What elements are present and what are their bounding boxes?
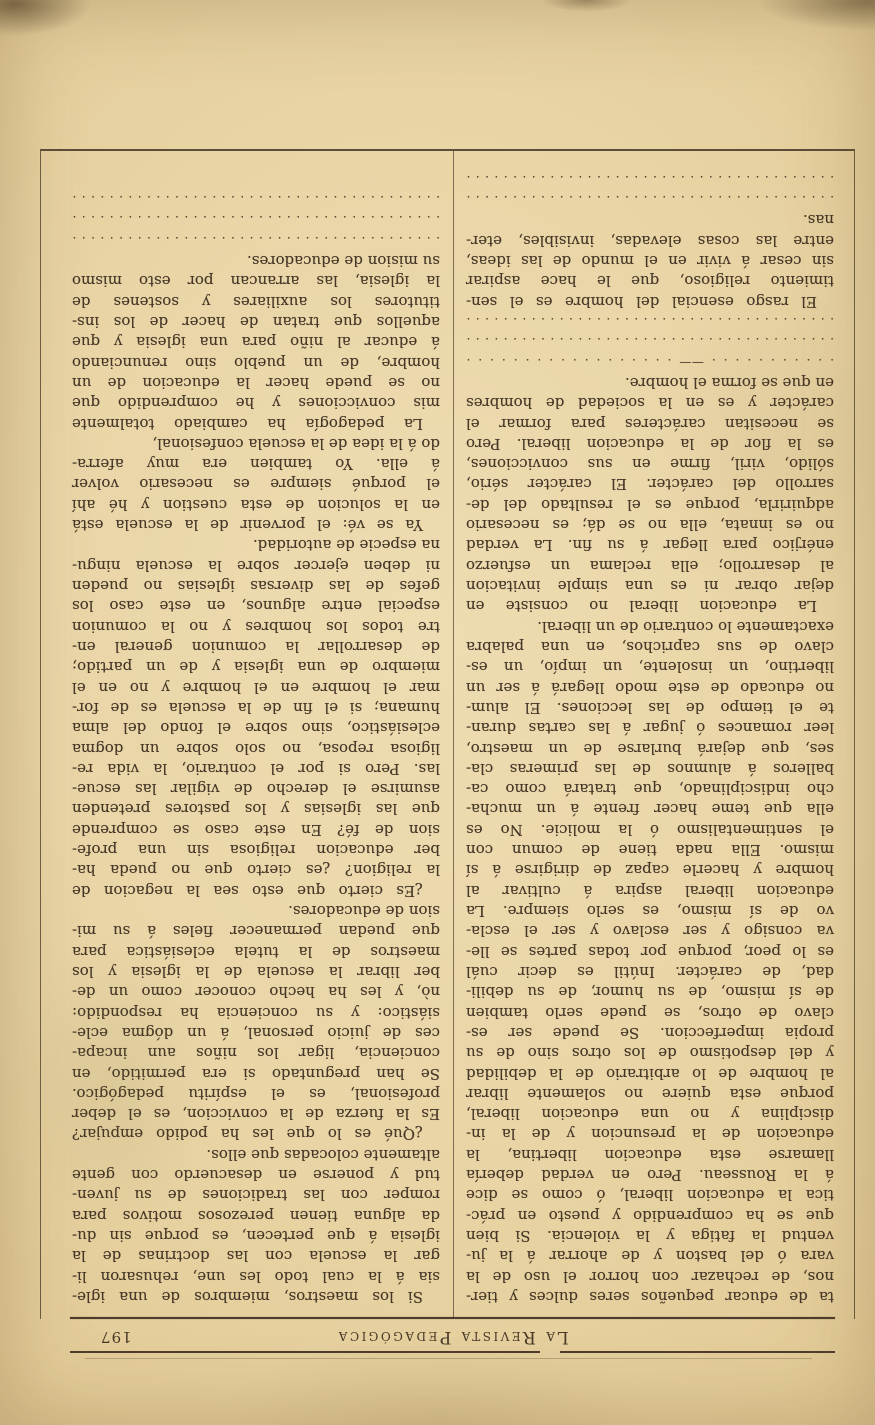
text-line: no es innata, ella no se dá; es necesari… bbox=[466, 515, 834, 535]
text-line: na especie de autoridad. bbox=[72, 535, 440, 555]
ellipsis-row: . . . . . . . . . . . . . . . . . . . . … bbox=[466, 190, 834, 210]
text-line: humana; si el fin de la escuela es de fo… bbox=[72, 698, 440, 718]
ellipsis-row: . . . . . . . . . . . . . . . . . . . . … bbox=[72, 210, 440, 230]
text-line: te el tiempo de las lecciones. El alum- bbox=[466, 698, 834, 718]
column-divider-rule bbox=[453, 151, 454, 1319]
text-line: ¿Es cierto que esto sea la negacion de bbox=[72, 880, 440, 900]
text-line: ber educacion religiosa sin una profe- bbox=[72, 840, 440, 860]
text-line: Ya se vé: el porvenir de la escuela está bbox=[72, 515, 440, 535]
text-line: las. Pero si por el contrario, la vida r… bbox=[72, 759, 440, 779]
text-line: timiento religioso, que le hace aspirar bbox=[466, 271, 834, 291]
text-line: ¿Qué es lo que les ha podido empujar? bbox=[72, 1124, 440, 1144]
text-line: mar el hombre en el hombre y no en el bbox=[72, 677, 440, 697]
text-line: enérjico para llegar á su fin. La verdad bbox=[466, 535, 834, 555]
text-line: siástico: y su conciencia ha respondido: bbox=[72, 1002, 440, 1022]
text-line: miembro de una iglesia y de un partido; bbox=[72, 657, 440, 677]
text-line: llamarse esta educacion libertina, la bbox=[466, 1145, 834, 1165]
text-line: á ella. Yo tambien era muy aferra- bbox=[72, 454, 440, 474]
text-line: ber librar la escuela de la iglesia y lo… bbox=[72, 962, 440, 982]
text-line: entre las cosas elevadas, invisibles, et… bbox=[466, 230, 834, 250]
ellipsis-row: . . . . . . . . . . . . . . . . . . . . … bbox=[72, 190, 440, 210]
text-line: da alguna tienen perezosos motivos para bbox=[72, 1205, 440, 1225]
text-line: titutores los auxiliares y sostenes de bbox=[72, 291, 440, 311]
text-line: Si los maestros, miembros de una igle- bbox=[72, 1287, 440, 1307]
text-line: de sí mismo, de su humor, de su debili- bbox=[466, 982, 834, 1002]
text-line: El rasgo esencial del hombre es el sen- bbox=[466, 291, 834, 311]
text-line: sion de educadores. bbox=[72, 901, 440, 921]
text-line: romper con las tradiciones de su juven- bbox=[72, 1185, 440, 1205]
text-line: educacion liberal aspira á cultivar al bbox=[466, 880, 834, 900]
text-line: dad, de carácter. Inútil es decir cuál bbox=[466, 962, 834, 982]
ellipsis-row: . . . . . . . . . . . . . . . . . . . . … bbox=[466, 170, 834, 190]
text-line: ligiosa reposa, no solo sobre un dogma bbox=[72, 738, 440, 758]
text-line: vara ó del baston y de ahorrar á la ju- bbox=[466, 1246, 834, 1266]
text-line: hombre, de un pueblo sino renunciando bbox=[72, 352, 440, 372]
text-line: especial entre algunos, en este caso los bbox=[72, 596, 440, 616]
text-line: á la Rousseau. Pero en verdad debería bbox=[466, 1165, 834, 1185]
text-block-frame: ta de educar pequeños seres dulces y tie… bbox=[40, 149, 855, 1319]
text-line: conciencia, ligar los niños aun incapa- bbox=[72, 1043, 440, 1063]
text-line: el porqué siempre es necesario volver bbox=[72, 474, 440, 494]
text-line: es la flor de la educacion liberal. Pero bbox=[466, 434, 834, 454]
text-line: al hombre de lo arbitrario de la debilid… bbox=[466, 1063, 834, 1083]
text-line: nos, de rechazar con horror el uso de la bbox=[466, 1266, 834, 1286]
journal-title: La Revista Pedagógica bbox=[70, 1327, 835, 1347]
text-line: á educar al niño para una iglesia y que bbox=[72, 332, 440, 352]
text-line: no se puede hacer la educacion de un bbox=[72, 373, 440, 393]
text-line: carácter y es en la sociedad de hombres bbox=[466, 393, 834, 413]
text-line: nò, y les ha hecho conocer como un de- bbox=[72, 982, 440, 1002]
header-hairline-rule bbox=[85, 1358, 812, 1359]
text-line: adquirirla, porque es el resultado del d… bbox=[466, 495, 834, 515]
text-line: tre todos los hombres y no la comunion bbox=[72, 616, 440, 636]
text-line: balleros á alumnos de las primeras cla- bbox=[466, 759, 834, 779]
text-line: al desarrollo; ella reclama un esfuerzo bbox=[466, 555, 834, 575]
text-line: de desarrollar la comunion general en- bbox=[72, 637, 440, 657]
text-line: clavo de otros, se puede serlo tambien bbox=[466, 1002, 834, 1022]
text-line: disciplina y no una educacion liberal, bbox=[466, 1104, 834, 1124]
text-line: sion de fé? En este caso se comprende bbox=[72, 820, 440, 840]
text-line: profesional, es el espíritu pedagógico. bbox=[72, 1084, 440, 1104]
text-line: libertino, un insolente, un impío, un es… bbox=[466, 657, 834, 677]
text-line: no educado de este modo llegará á ser un bbox=[466, 677, 834, 697]
text-line: vo de sí mismo, es serlo siempre. La bbox=[466, 901, 834, 921]
text-line: propia imperfeccion. Se puede ser es- bbox=[466, 1023, 834, 1043]
text-line: ta de educar pequeños seres dulces y tie… bbox=[466, 1287, 834, 1307]
text-line: va consigo y ser esclavo y ser el escla- bbox=[466, 921, 834, 941]
text-line: gefes de las diversas iglesias no pueden bbox=[72, 576, 440, 596]
text-line: porque esta quiere no solamente librar bbox=[466, 1084, 834, 1104]
text-line: sia á la cual todo les une, rehusaron li… bbox=[72, 1266, 440, 1286]
text-line: en que se forma el hombre. bbox=[466, 373, 834, 393]
text-line: maestros de la tutela eclesiástica para bbox=[72, 941, 440, 961]
text-line: iglesia á que pertecen, es porque sin du… bbox=[72, 1226, 440, 1246]
text-line: se necesitan carácteres para formar el bbox=[466, 413, 834, 433]
column-left: ta de educar pequeños seres dulces y tie… bbox=[466, 170, 834, 1308]
text-line: clavo de sus caprichos, en una palabra bbox=[466, 637, 834, 657]
text-line: la religion? ¿es cierto que no pueda ha- bbox=[72, 860, 440, 880]
text-line: nas. bbox=[466, 210, 834, 230]
text-line: cho indisciplinado, que tratará como ca- bbox=[466, 779, 834, 799]
text-line: gar la escuela con las doctrinas de la bbox=[72, 1246, 440, 1266]
text-line: La pedagogía ha cambiado totalmente bbox=[72, 413, 440, 433]
text-line: la iglesia, las arrancan por esto mismo bbox=[72, 271, 440, 291]
text-line: La educacion liberal no consiste en bbox=[466, 596, 834, 616]
text-line: mismo. Ella nada tiene de comun con bbox=[466, 840, 834, 860]
text-line: en la solucion de esta cuestion y hé ahí bbox=[72, 495, 440, 515]
text-line: ni deben ejercer sobre la escuela ningu- bbox=[72, 555, 440, 575]
text-line: tud y ponerse en desacuerdo con gente bbox=[72, 1165, 440, 1185]
text-line: ces de juicio personal, á un dógma ecle- bbox=[72, 1023, 440, 1043]
text-line: eclesiástico, sino sobre el fondo del al… bbox=[72, 718, 440, 738]
text-line: ella que teme hacer frente á un mucha- bbox=[466, 799, 834, 819]
header-top-rule bbox=[70, 1351, 835, 1353]
text-line: ventud la fatiga y la violencia. Si bien bbox=[466, 1226, 834, 1246]
text-line: que puedan permanecer fieles á su mi- bbox=[72, 921, 440, 941]
text-line: educacion de la presuncion y de la in- bbox=[466, 1124, 834, 1144]
text-line: sólido, viril, firme en sus convicciones… bbox=[466, 454, 834, 474]
text-line: y del despotismo de los otros sino de su bbox=[466, 1043, 834, 1063]
text-line: sin cesar á vivir en el mundo de las ide… bbox=[466, 251, 834, 271]
text-line: tica la educacion liberal, ó como se dic… bbox=[466, 1185, 834, 1205]
ellipsis-row: . . . . . . . . . . . . . . . . . . . . … bbox=[466, 332, 834, 352]
text-line: Se han preguntado si era permitido, en bbox=[72, 1063, 440, 1083]
text-line: el sentimentalismo ó la molicie. No es bbox=[466, 820, 834, 840]
text-line: su mision de educadores. bbox=[72, 251, 440, 271]
text-line: do á la idea de la escuela confesional, bbox=[72, 434, 440, 454]
page-number: 197 bbox=[100, 1328, 132, 1346]
text-line: hombre y hacerle capaz de dirigirse á sí bbox=[466, 860, 834, 880]
text-line: que se ha comprendido y puesto en prác- bbox=[466, 1205, 834, 1225]
text-line: dejar obrar ni es una simple invitacion bbox=[466, 576, 834, 596]
text-line: altamente colocadas que ellos. bbox=[72, 1145, 440, 1165]
text-line: es lo peor, porque por todas partes se l… bbox=[466, 941, 834, 961]
ellipsis-row: . . . . . . . . . . . —— . . . . . . . .… bbox=[466, 352, 834, 372]
text-line: Es la fuerza de la conviccion, es el deb… bbox=[72, 1104, 440, 1124]
text-line: asumirse el derecho de vigilar las escue… bbox=[72, 779, 440, 799]
text-line: aquellos que tratan de hacer de los ins- bbox=[72, 312, 440, 332]
ellipsis-row: . . . . . . . . . . . . . . . . . . . . … bbox=[466, 312, 834, 332]
text-line: que las iglesias y los pastores pretende… bbox=[72, 799, 440, 819]
text-line: exactamente lo contrario de un liberal. bbox=[466, 616, 834, 636]
ellipsis-row: . . . . . . . . . . . . . . . . . . . . … bbox=[72, 230, 440, 250]
header-row: La Revista Pedagógica 197 bbox=[70, 1323, 835, 1347]
text-line: sarrollo del carácter. El carácter sério… bbox=[466, 474, 834, 494]
column-right: Si los maestros, miembros de una igle-si… bbox=[72, 190, 440, 1307]
text-line: ses, que dejará burlarse de un maestro, bbox=[466, 738, 834, 758]
scanned-journal-page: La Revista Pedagógica 197 ta de educar p… bbox=[0, 0, 875, 1425]
text-line: mis convicciones y he comprendido que bbox=[72, 393, 440, 413]
text-line: leer romances ó jugar á las cartas duran… bbox=[466, 718, 834, 738]
page-content-rotated-180: La Revista Pedagógica 197 ta de educar p… bbox=[0, 0, 875, 1425]
